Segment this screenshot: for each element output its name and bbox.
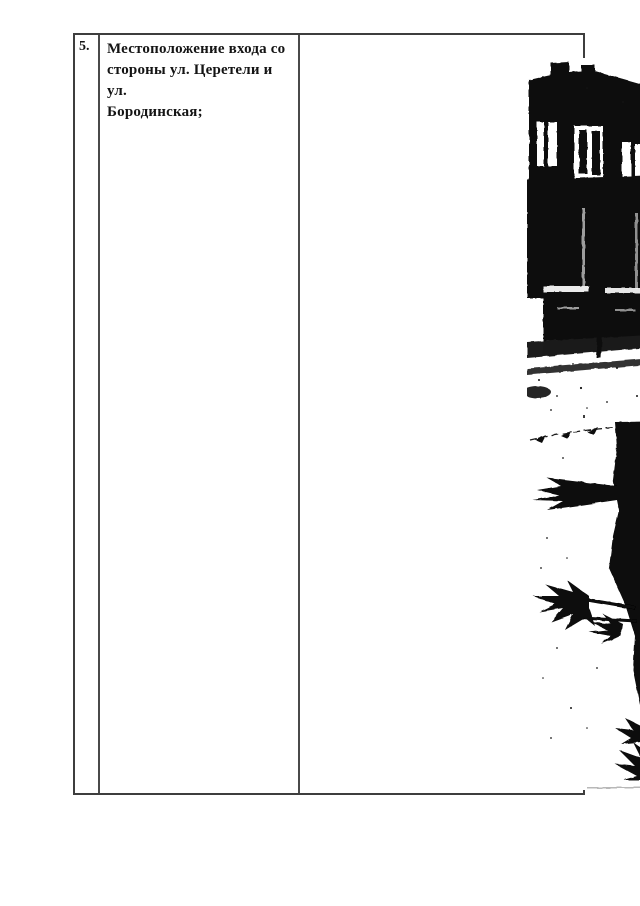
street-view-rotated-photo (527, 418, 640, 790)
street-view-scan-graphic (527, 418, 640, 790)
description-text: Местоположение входа со стороны ул. Цере… (107, 39, 292, 123)
content-table: 5. Местоположение входа со стороны ул. Ц… (73, 33, 585, 795)
description-cell: Местоположение входа со стороны ул. Цере… (100, 35, 300, 793)
building-facade-scan-graphic (527, 58, 640, 415)
building-facade-photo (527, 58, 640, 415)
scanned-document-page: 5. Местоположение входа со стороны ул. Ц… (0, 0, 640, 906)
description-line: Местоположение входа со (107, 39, 292, 60)
row-number-cell: 5. (75, 35, 100, 793)
row-number: 5. (79, 39, 90, 54)
description-line: Бородинская; (107, 102, 292, 123)
photos-cell (300, 35, 583, 793)
description-line: стороны ул. Церетели и ул. (107, 60, 292, 102)
